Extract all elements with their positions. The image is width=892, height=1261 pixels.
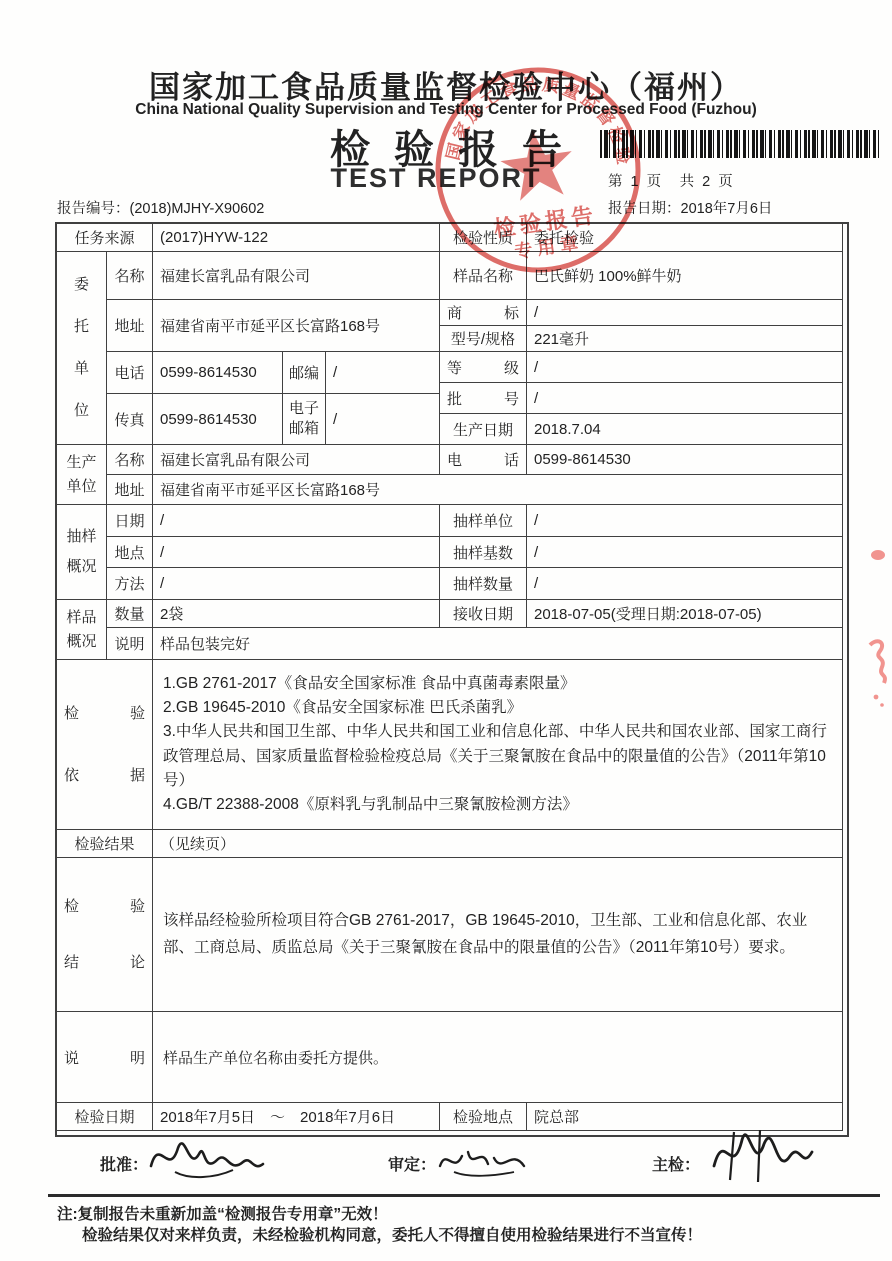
client-section-label: 委 托 单 位 — [57, 252, 107, 445]
trademark-label: 商标 — [440, 300, 527, 326]
test-place-label: 检验地点 — [440, 1103, 527, 1131]
client-section-label-text: 委 托 单 位 — [62, 264, 101, 432]
review-label: 审定： — [388, 1152, 436, 1175]
conclusion-label: 检验 结论 — [57, 858, 153, 1012]
stamp-fragment — [864, 545, 892, 725]
client-email-label: 电子 邮箱 — [283, 394, 326, 445]
sample-qty-value: 2袋 — [153, 600, 440, 628]
grade-label-text: 等级 — [447, 357, 519, 378]
received-date-value: 2018-07-05(受理日期:2018-07-05) — [527, 600, 843, 628]
sampling-unit-value: / — [527, 505, 843, 537]
page-number-line: 第 1 页 共 2 页 — [608, 170, 735, 191]
sample-name-value: 巴氏鲜奶 100%鲜牛奶 — [527, 252, 843, 300]
barcode — [600, 130, 880, 158]
approver-signature — [145, 1128, 270, 1186]
sampling-qty-value: / — [527, 568, 843, 600]
sample-state-section-label: 样品 概况 — [57, 600, 107, 660]
grade-label: 等级 — [440, 352, 527, 383]
producer-phone-value: 0599-8614530 — [527, 445, 843, 475]
sampling-section-label-text: 抽样 概况 — [62, 522, 101, 582]
basis-item: 1.GB 2761-2017《食品安全国家标准 食品中真菌毒素限量》 — [163, 672, 576, 696]
client-address-value: 福建省南平市延平区长富路168号 — [153, 300, 440, 352]
footer-note-2: 检验结果仅对来样负责，未经检验机构同意，委托人不得擅自使用检验结果进行不当宣传！ — [82, 1223, 702, 1245]
sample-name-label: 样品名称 — [440, 252, 527, 300]
spec-label: 型号/规格 — [440, 326, 527, 352]
test-date-value: 2018年7月5日 ～ 2018年7月6日 — [153, 1103, 440, 1131]
sample-note-label: 说明 — [107, 628, 153, 660]
sample-note-value: 样品包装完好 — [153, 628, 843, 660]
basis-content: 1.GB 2761-2017《食品安全国家标准 食品中真菌毒素限量》 2.GB … — [153, 660, 843, 830]
producer-name-value: 福建长富乳品有限公司 — [153, 445, 440, 475]
remark-value: 样品生产单位名称由委托方提供。 — [153, 1012, 843, 1103]
production-date-value: 2018.7.04 — [527, 414, 843, 445]
client-name-value: 福建长富乳品有限公司 — [153, 252, 440, 300]
task-source-label: 任务来源 — [57, 224, 153, 252]
sampling-method-label: 方法 — [107, 568, 153, 600]
task-source-value: (2017)HYW-122 — [153, 224, 440, 252]
result-label: 检验结果 — [57, 830, 153, 858]
client-address-label: 地址 — [107, 300, 153, 352]
basis-label: 检验 依据 — [57, 660, 153, 830]
producer-address-label: 地址 — [107, 475, 153, 505]
client-phone-value: 0599-8614530 — [153, 352, 283, 394]
batch-label-text: 批号 — [447, 388, 519, 409]
inspection-type-value: 委托检验 — [527, 224, 843, 252]
producer-section-label: 生产 单位 — [57, 445, 107, 505]
report-date-line: 报告日期：2018年7月6日 — [608, 197, 772, 218]
basis-item: 3.中华人民共和国卫生部、中华人民共和国工业和信息化部、中华人民共和国农业部、国… — [163, 720, 832, 792]
spec-value: 221毫升 — [527, 326, 843, 352]
remark-label-text: 说明 — [64, 1047, 145, 1068]
sampling-section-label: 抽样 概况 — [57, 505, 107, 600]
report-title-en: TEST REPORT — [0, 163, 872, 194]
test-date-label: 检验日期 — [57, 1103, 153, 1131]
sampling-base-label: 抽样基数 — [440, 537, 527, 568]
test-report-page: 国家加工食品质量监督检验中心（福州） China National Qualit… — [0, 0, 892, 1261]
sampling-date-value: / — [153, 505, 440, 537]
trademark-value: / — [527, 300, 843, 326]
client-name-label: 名称 — [107, 252, 153, 300]
batch-label: 批号 — [440, 383, 527, 414]
result-value: （见续页） — [153, 830, 843, 858]
producer-name-label: 名称 — [107, 445, 153, 475]
grade-value: / — [527, 352, 843, 383]
report-table: 任务来源 (2017)HYW-122 检验性质 委托检验 委 托 单 位 名称 … — [55, 222, 849, 1137]
inspection-type-label: 检验性质 — [440, 224, 527, 252]
sampling-unit-label: 抽样单位 — [440, 505, 527, 537]
basis-label-text: 检验 依据 — [64, 683, 145, 807]
client-postcode-value: / — [326, 352, 440, 394]
sampling-method-value: / — [153, 568, 440, 600]
footer-note-1: 注:复制报告未重新加盖“检测报告专用章”无效！ — [57, 1202, 388, 1224]
conclusion-label-text: 检验 结论 — [64, 879, 145, 991]
approve-label: 批准： — [100, 1152, 148, 1175]
batch-value: / — [527, 383, 843, 414]
reviewer-signature — [434, 1140, 534, 1182]
production-date-label: 生产日期 — [440, 414, 527, 445]
client-email-label-text: 电子 邮箱 — [288, 399, 320, 439]
footer-divider — [48, 1194, 880, 1197]
producer-section-label-text: 生产 单位 — [62, 451, 101, 499]
sample-qty-label: 数量 — [107, 600, 153, 628]
chief-label: 主检： — [652, 1152, 700, 1175]
client-email-value: / — [326, 394, 440, 445]
basis-item: 2.GB 19645-2010《食品安全国家标准 巴氏杀菌乳》 — [163, 696, 522, 720]
chief-inspector-signature — [700, 1122, 820, 1188]
producer-phone-label-text: 电话 — [447, 449, 519, 470]
sampling-place-label: 地点 — [107, 537, 153, 568]
sampling-place-value: / — [153, 537, 440, 568]
sampling-qty-label: 抽样数量 — [440, 568, 527, 600]
producer-address-value: 福建省南平市延平区长富路168号 — [153, 475, 843, 505]
conclusion-value: 该样品经检验所检项目符合GB 2761-2017，GB 19645-2010，卫… — [153, 858, 843, 1012]
client-postcode-label: 邮编 — [283, 352, 326, 394]
client-fax-value: 0599-8614530 — [153, 394, 283, 445]
report-number-line: 报告编号：(2018)MJHY-X90602 — [57, 197, 264, 218]
conclusion-text: 该样品经检验所检项目符合GB 2761-2017，GB 19645-2010，卫… — [163, 908, 832, 961]
client-fax-label: 传真 — [107, 394, 153, 445]
trademark-label-text: 商标 — [447, 302, 519, 323]
remark-label: 说明 — [57, 1012, 153, 1103]
sampling-base-value: / — [527, 537, 843, 568]
producer-phone-label: 电话 — [440, 445, 527, 475]
sampling-date-label: 日期 — [107, 505, 153, 537]
received-date-label: 接收日期 — [440, 600, 527, 628]
sample-state-section-label-text: 样品 概况 — [62, 606, 101, 654]
basis-item: 4.GB/T 22388-2008《原料乳与乳制品中三聚氰胺检测方法》 — [163, 793, 578, 817]
client-phone-label: 电话 — [107, 352, 153, 394]
center-title-en: China National Quality Supervision and T… — [0, 101, 892, 119]
